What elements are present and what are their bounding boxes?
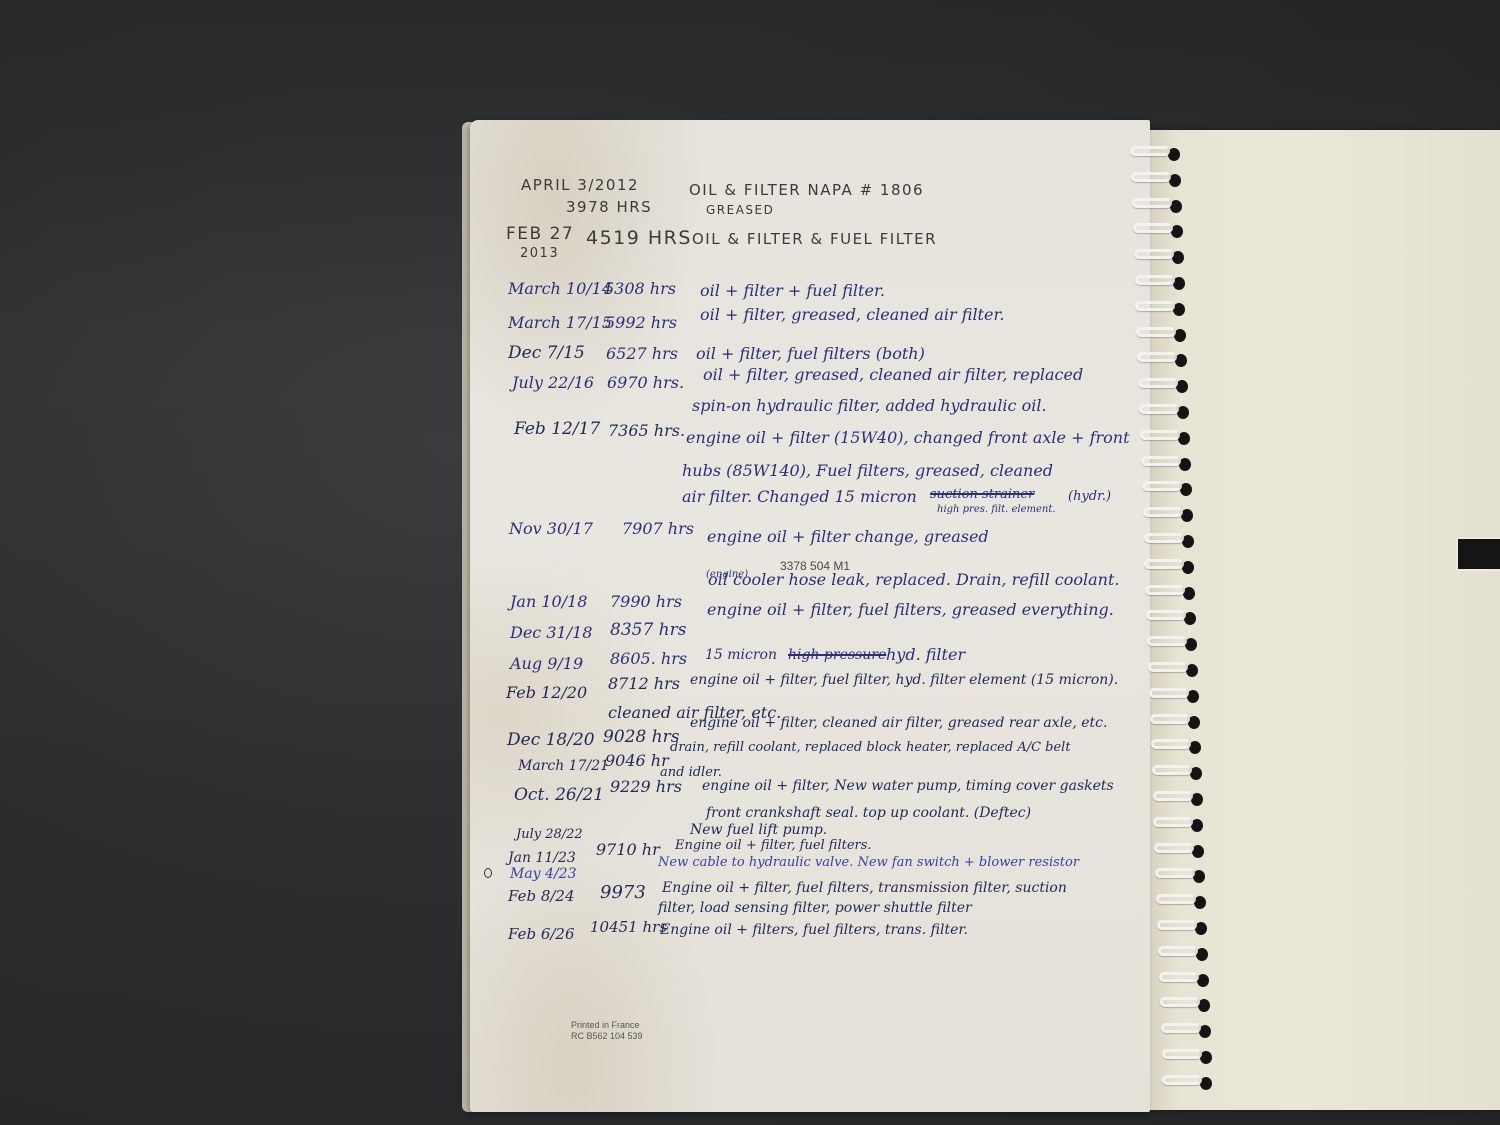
log-hours: 5308 hrs	[604, 279, 676, 298]
log-work: engine oil + filter, New water pump, tim…	[702, 778, 1114, 794]
spiral-coil	[1137, 450, 1199, 472]
log-work: OIL & FILTER & FUEL FILTER	[692, 230, 937, 248]
coil-wire	[1144, 533, 1184, 543]
spiral-coil	[1139, 501, 1201, 523]
spiral-coil	[1154, 940, 1216, 962]
log-work: New fuel lift pump.	[690, 822, 827, 838]
log-work: oil + filter, fuel filters (both)	[696, 344, 925, 363]
spiral-coil	[1146, 708, 1208, 730]
spiral-coil	[1158, 1069, 1220, 1091]
coil-wire	[1148, 662, 1188, 672]
log-work: oil cooler hose leak, replaced. Drain, r…	[708, 570, 1119, 589]
printer-line-2: RC B562 104 539	[571, 1031, 643, 1042]
binding-hole	[1200, 1077, 1212, 1090]
log-work: engine oil + filter (15W40), changed fro…	[686, 428, 1130, 447]
printer-line-1: Printed in France	[571, 1020, 643, 1031]
spiral-coil	[1152, 888, 1214, 910]
coil-wire	[1136, 327, 1176, 337]
spiral-coil	[1151, 862, 1213, 884]
log-date: March 10/14	[508, 279, 612, 298]
log-date: May 4/23	[510, 866, 576, 882]
coil-wire	[1151, 739, 1191, 749]
coil-wire	[1153, 817, 1193, 827]
spiral-coil	[1128, 192, 1190, 214]
log-work: OIL & FILTER NAPA # 1806	[689, 181, 924, 199]
spiral-coil	[1142, 604, 1204, 626]
coil-wire	[1153, 791, 1193, 801]
binding-hole	[1182, 561, 1194, 574]
spiral-coil	[1149, 785, 1211, 807]
coil-wire	[1142, 481, 1182, 491]
log-work: oil + filter, greased, cleaned air filte…	[700, 305, 1004, 324]
coil-wire	[1159, 972, 1199, 982]
binding-hole	[1191, 819, 1203, 832]
spiral-coil	[1131, 269, 1193, 291]
log-hours: 9973	[600, 882, 646, 903]
log-work: filter, load sensing filter, power shutt…	[658, 900, 972, 916]
log-hours: 9229 hrs	[610, 777, 682, 796]
log-date: Jan 11/23	[508, 850, 576, 866]
log-work: engine oil + filter, cleaned air filter,…	[690, 715, 1107, 731]
coil-wire	[1134, 249, 1174, 259]
log-date: Aug 9/19	[510, 654, 583, 673]
coil-wire	[1140, 430, 1180, 440]
binding-hole	[1174, 329, 1186, 342]
log-hours: 4519 HRS	[586, 227, 692, 249]
spiral-coil	[1133, 346, 1195, 368]
log-work-insert: high pres. filt. element.	[937, 504, 1056, 515]
spiral-coil	[1144, 656, 1206, 678]
spiral-coil	[1153, 914, 1215, 936]
log-date: Oct. 26/21	[514, 785, 604, 805]
log-hours: 8357 hrs	[610, 620, 686, 640]
coil-wire	[1162, 1075, 1202, 1085]
coil-wire	[1162, 1049, 1202, 1059]
log-work: 15 micron	[705, 647, 777, 663]
log-date: Feb 6/26	[508, 925, 575, 943]
spiral-coil	[1143, 630, 1205, 652]
log-date: July 28/22	[516, 827, 583, 842]
coil-wire	[1161, 1023, 1201, 1033]
circle-mark	[484, 868, 492, 878]
log-work: New cable to hydraulic valve. New fan sw…	[658, 855, 1079, 870]
coil-wire	[1133, 223, 1173, 233]
log-work: drain, refill coolant, replaced block he…	[670, 740, 1071, 755]
log-date: July 22/16	[512, 373, 594, 392]
coil-wire	[1146, 610, 1186, 620]
log-hours: 3978 HRS	[566, 198, 652, 216]
coil-wire	[1154, 843, 1194, 853]
spiral-coil	[1150, 837, 1212, 859]
coil-wire	[1130, 146, 1170, 156]
spiral-coil	[1156, 991, 1218, 1013]
coil-wire	[1135, 301, 1175, 311]
coil-wire	[1135, 275, 1175, 285]
coil-wire	[1143, 507, 1183, 517]
spiral-coil	[1131, 295, 1193, 317]
log-work-struck: suction strainer	[930, 487, 1034, 502]
log-date: Dec 31/18	[510, 623, 592, 642]
spiral-coil	[1157, 1017, 1219, 1039]
log-date: FEB 27	[506, 224, 574, 244]
spiral-coil	[1130, 243, 1192, 265]
coil-wire	[1147, 636, 1187, 646]
coil-wire	[1156, 894, 1196, 904]
log-hours: 10451 hrs	[590, 918, 667, 936]
log-work: (hydr.)	[1068, 489, 1111, 504]
spiral-coil	[1132, 321, 1194, 343]
printer-imprint: Printed in France RC B562 104 539	[571, 1020, 643, 1042]
log-work: hubs (85W140), Fuel filters, greased, cl…	[682, 461, 1053, 480]
log-hours: 8605. hrs	[610, 649, 687, 668]
coil-wire	[1149, 688, 1189, 698]
spiral-coil	[1127, 166, 1189, 188]
coil-wire	[1145, 585, 1185, 595]
spiral-coil	[1149, 811, 1211, 833]
log-date: APRIL 3/2012	[521, 176, 639, 194]
coil-wire	[1158, 946, 1198, 956]
log-hours: 6527 hrs	[606, 344, 678, 363]
spiral-coil	[1136, 424, 1198, 446]
log-work: engine oil + filter change, greased	[707, 527, 989, 546]
spiral-coil	[1147, 733, 1209, 755]
coil-wire	[1152, 765, 1192, 775]
coil-wire	[1157, 920, 1197, 930]
log-hours: 9710 hr	[596, 840, 660, 859]
log-hours: 8712 hrs	[608, 674, 680, 693]
binding-hole	[1173, 303, 1185, 316]
log-date: Nov 30/17	[509, 519, 593, 538]
black-index-tab	[1456, 537, 1500, 571]
spiral-coil	[1148, 759, 1210, 781]
coil-wire	[1141, 456, 1181, 466]
log-date: Dec 18/20	[507, 730, 595, 750]
coil-wire	[1138, 378, 1178, 388]
log-hours: 9028 hrs	[603, 727, 679, 747]
log-date: March 17/21	[518, 758, 609, 774]
spiral-coil	[1134, 372, 1196, 394]
log-work: Engine oil + filter, fuel filters.	[675, 838, 872, 853]
log-work: air filter. Changed 15 micron	[682, 487, 917, 506]
spiral-coil	[1158, 1043, 1220, 1065]
coil-wire	[1160, 997, 1200, 1007]
coil-wire	[1139, 404, 1179, 414]
log-work: oil + filter + fuel filter.	[700, 281, 885, 300]
log-date: Dec 7/15	[508, 343, 585, 363]
coil-wire	[1132, 198, 1172, 208]
log-work: front crankshaft seal. top up coolant. (…	[706, 805, 1031, 821]
log-date: Jan 10/18	[510, 592, 587, 611]
binding-hole	[1192, 845, 1204, 858]
log-date: Feb 12/17	[514, 419, 600, 439]
log-work-struck: high pressure	[788, 647, 886, 663]
log-hours: 7990 hrs	[610, 592, 682, 611]
coil-wire	[1131, 172, 1171, 182]
spiral-coil	[1155, 966, 1217, 988]
log-work: Engine oil + filter, fuel filters, trans…	[662, 880, 1067, 896]
spiral-coil	[1140, 527, 1202, 549]
coil-wire	[1155, 868, 1195, 878]
spiral-binding	[1126, 140, 1196, 1100]
log-hours: 5992 hrs	[605, 313, 677, 332]
log-date: Feb 8/24	[508, 887, 575, 905]
log-work: engine oil + filter, fuel filters, greas…	[707, 600, 1114, 619]
log-date: March 17/15	[508, 313, 612, 332]
spiral-coil	[1141, 579, 1203, 601]
log-work: GREASED	[706, 203, 774, 217]
log-hours: 6970 hrs.	[607, 373, 684, 392]
binding-hole	[1183, 587, 1195, 600]
log-work: hyd. filter	[886, 645, 965, 664]
spiral-coil	[1129, 217, 1191, 239]
spiral-coil	[1145, 682, 1207, 704]
spiral-coil	[1138, 475, 1200, 497]
spiral-coil	[1126, 140, 1188, 162]
log-work: spin-on hydraulic filter, added hydrauli…	[692, 396, 1047, 415]
log-date-year: 2013	[520, 246, 559, 261]
log-hours: 7365 hrs.	[608, 421, 685, 440]
log-work: engine oil + filter, fuel filter, hyd. f…	[690, 672, 1118, 688]
log-work: oil + filter, greased, cleaned air filte…	[703, 365, 1083, 384]
log-work: Engine oil + filters, fuel filters, tran…	[660, 922, 968, 938]
coil-wire	[1150, 714, 1190, 724]
coil-wire	[1137, 352, 1177, 362]
spiral-coil	[1135, 398, 1197, 420]
log-date: Feb 12/20	[506, 683, 587, 702]
coil-wire	[1144, 559, 1184, 569]
spiral-coil	[1140, 553, 1202, 575]
log-hours: 7907 hrs	[622, 519, 694, 538]
